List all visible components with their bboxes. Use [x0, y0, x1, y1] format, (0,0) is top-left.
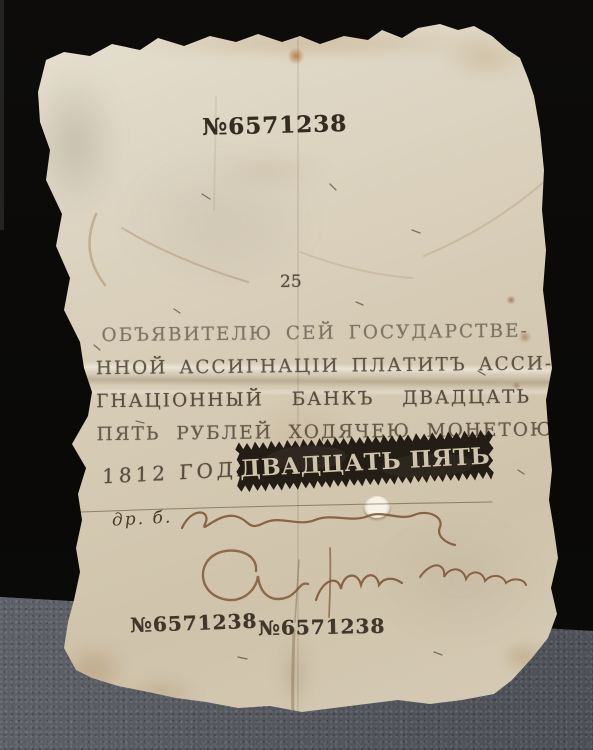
serial-number-bottom-left: №6571238 — [130, 609, 258, 637]
signature-row1 — [182, 513, 455, 546]
signature-right — [420, 565, 526, 585]
ruled-pen-line — [56, 502, 492, 513]
photo-of-banknote: №6571238 25 ОБЪЯВИТЕЛЮ СЕЙ ГОСУДАРСТВЕ- … — [0, 0, 593, 750]
signature-middle — [316, 575, 402, 600]
signature-left — [203, 551, 308, 600]
banknote-paper: №6571238 25 ОБЪЯВИТЕЛЮ СЕЙ ГОСУДАРСТВЕ- … — [0, 0, 593, 750]
serial-number-bottom-right: №6571238 — [258, 614, 386, 640]
case-edge-strip — [0, 0, 4, 230]
